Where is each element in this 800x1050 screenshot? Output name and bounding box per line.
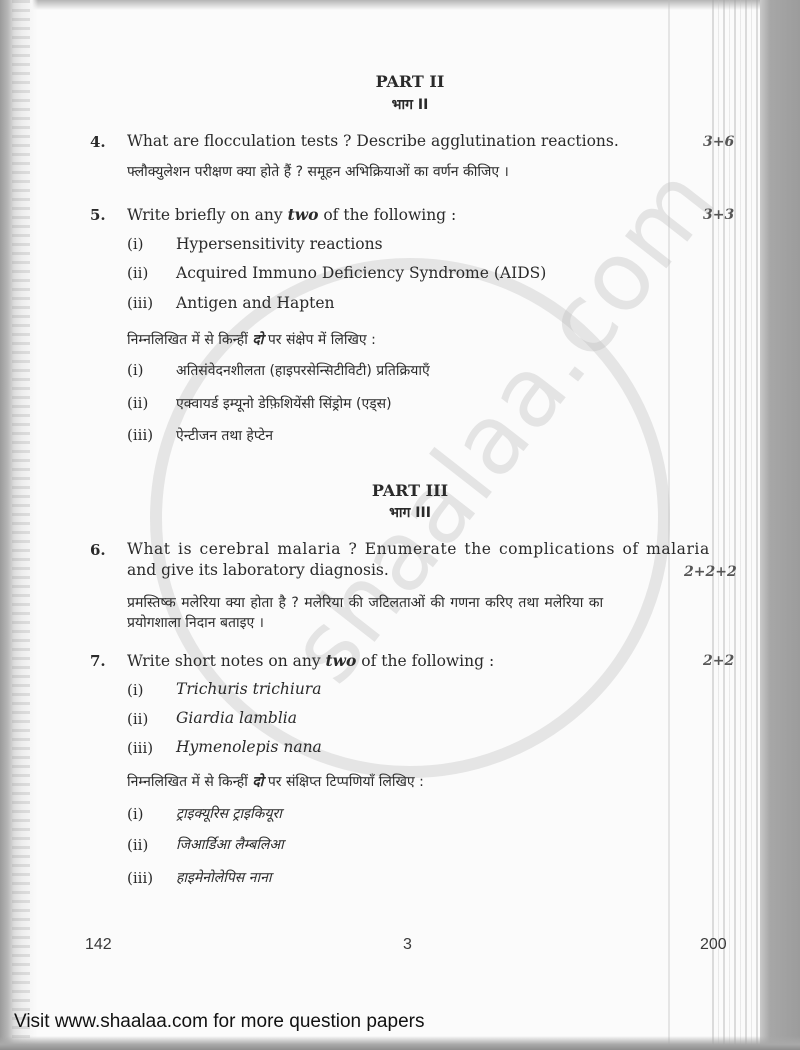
item-number: (ii) (127, 264, 148, 282)
item-text: Hymenolepis nana (176, 738, 322, 756)
emphasis: दो (252, 774, 263, 790)
paper-code: 142 (85, 936, 112, 954)
question-text-en: What are flocculation tests ? Describe a… (127, 132, 619, 150)
question-marks: 3+6 (703, 134, 734, 150)
scan-edge-bottom (0, 1036, 800, 1050)
item-number: (iii) (127, 869, 153, 887)
question-text-en: Write briefly on any two of the followin… (127, 205, 456, 224)
emphasis: दो (252, 332, 263, 348)
question-text-hi-line-2: प्रयोगशाला निदान बताइए । (127, 613, 264, 632)
item-text: ऐन्टीजन तथा हेप्टेन (176, 426, 273, 445)
question-text-en-line-1: What is cerebral malaria ? Enumerate the… (127, 540, 710, 558)
part-3-heading: PART III (310, 481, 510, 500)
item-text: Hypersensitivity reactions (176, 235, 383, 253)
emphasis: two (288, 205, 319, 224)
item-number: (i) (127, 235, 144, 253)
part-2-heading: PART II (310, 72, 510, 91)
item-text: ट्राइक्यूरिस ट्राइकियूरा (176, 804, 282, 823)
text: निम्नलिखित में से किन्हीं (127, 774, 252, 790)
page-number: 3 (403, 936, 412, 954)
part-3-hindi-heading: भाग III (310, 503, 510, 522)
question-marks: 2+2+2 (684, 564, 737, 580)
question-text-hi-line-1: प्रमस्तिष्क मलेरिया क्या होता है ? मलेरि… (127, 593, 603, 612)
text: of the following : (318, 206, 456, 224)
item-number: (iii) (127, 426, 153, 444)
text: Write short notes on any (127, 652, 326, 670)
item-text: Trichuris trichiura (176, 680, 321, 698)
item-text: Antigen and Hapten (176, 294, 335, 312)
question-text-hi: निम्नलिखित में से किन्हीं दो पर संक्षिप्… (127, 772, 424, 791)
scan-edge-right (760, 0, 800, 1050)
emphasis: two (326, 651, 357, 670)
question-number: 6. (90, 541, 106, 559)
item-number: (iii) (127, 294, 153, 312)
part-2-hindi-heading: भाग II (310, 95, 510, 114)
question-number: 4. (90, 133, 106, 151)
question-number: 5. (90, 206, 106, 224)
scan-noise-right (712, 0, 762, 1050)
item-text: एक्वायर्ड इम्यूनो डेफ़िशियेंसी सिंड्रोम … (176, 394, 392, 413)
item-text: जिआर्डिआ लैम्बलिआ (176, 835, 284, 854)
scan-edge-top (0, 0, 800, 10)
text: Write briefly on any (127, 206, 288, 224)
shaalaa-link-banner[interactable]: Visit www.shaalaa.com for more question … (14, 1011, 424, 1033)
copies-count: 200 (700, 936, 727, 954)
item-number: (i) (127, 361, 144, 379)
question-number: 7. (90, 652, 106, 670)
question-marks: 3+3 (703, 207, 734, 223)
question-text-hi: फ्लौक्युलेशन परीक्षण क्या होते हैं ? समू… (127, 162, 509, 181)
text: निम्नलिखित में से किन्हीं (127, 332, 252, 348)
item-text: अतिसंवेदनशीलता (हाइपरसेन्सिटीविटी) प्रति… (176, 361, 430, 380)
item-number: (ii) (127, 836, 148, 854)
item-number: (i) (127, 681, 144, 699)
item-text: Giardia lamblia (176, 709, 297, 727)
question-marks: 2+2 (703, 653, 734, 669)
text: पर संक्षिप्त टिप्पणियाँ लिखिए : (263, 774, 423, 790)
item-text: Acquired Immuno Deficiency Syndrome (AID… (176, 264, 546, 282)
question-text-hi: निम्नलिखित में से किन्हीं दो पर संक्षेप … (127, 330, 376, 349)
item-text: हाइमेनोलेपिस नाना (176, 868, 271, 887)
item-number: (iii) (127, 739, 153, 757)
item-number: (i) (127, 805, 144, 823)
text: पर संक्षेप में लिखिए : (263, 332, 375, 348)
scan-edge-left (0, 0, 38, 1050)
item-number: (ii) (127, 394, 148, 412)
item-number: (ii) (127, 710, 148, 728)
question-text-en: Write short notes on any two of the foll… (127, 651, 494, 670)
question-text-en-line-2: and give its laboratory diagnosis. (127, 561, 389, 579)
text: of the following : (356, 652, 494, 670)
